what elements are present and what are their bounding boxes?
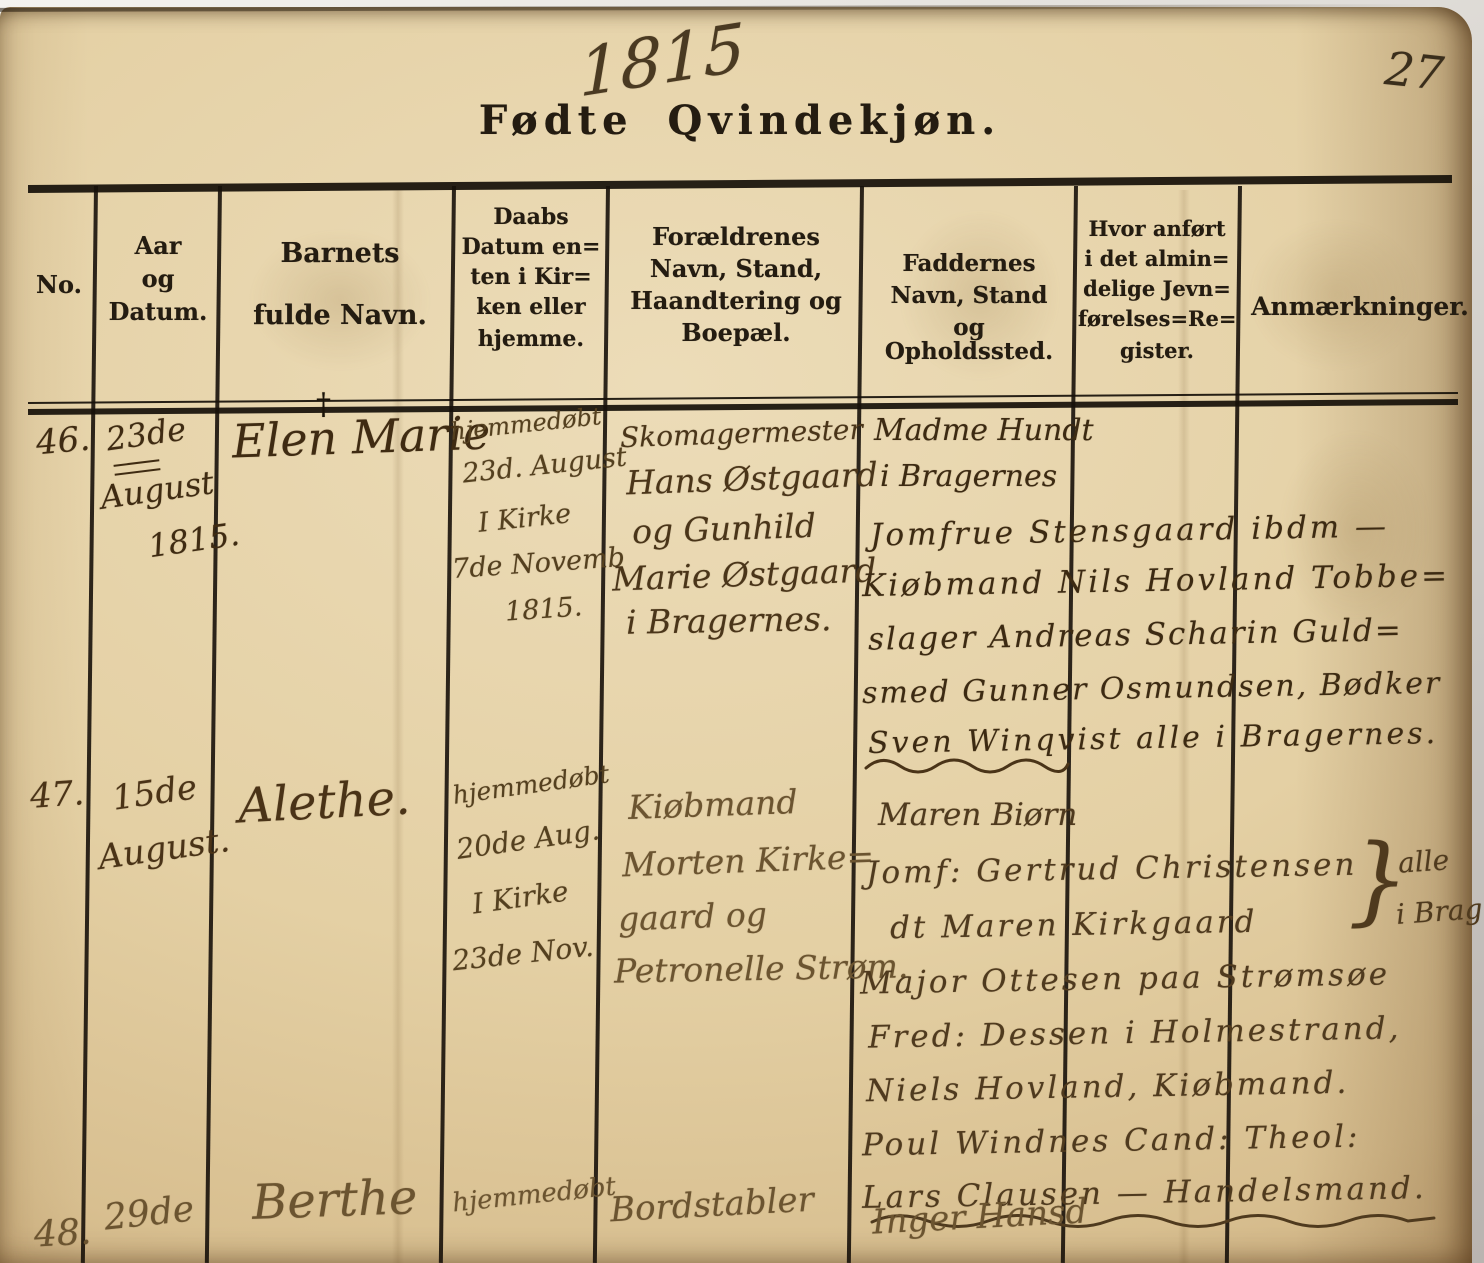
godparents-line: i Bragernes [880, 462, 1057, 492]
margin-note-line: alle [1397, 846, 1450, 878]
record-number: 46. [35, 422, 92, 461]
header-baptism-line: ten i Kir= [456, 266, 606, 289]
parents-line: Marie Østgaard [612, 553, 877, 595]
baptism-line: 1815. [504, 593, 583, 625]
header-baptism-line: Datum en= [456, 236, 606, 259]
record-number: 47. [29, 776, 85, 814]
godparents-line: Major Ottesen paa Strømsøe [860, 959, 1391, 999]
header-parents-line: Boepæl. [614, 320, 858, 345]
header-godparents-line: Faddernes [866, 252, 1072, 276]
record-number: 48. [33, 1215, 92, 1254]
godparents-line: Niels Hovland, Kiøbmand. [866, 1068, 1350, 1107]
header-name-line: Barnets [228, 240, 452, 268]
godparents-line: Inger Hansd [871, 1194, 1088, 1239]
header-date-line: Datum. [98, 299, 218, 324]
child-name: Berthe [251, 1173, 418, 1227]
section-title: Fødte Qvindekjøn. [430, 100, 1050, 142]
header-godparents-line: Navn, Stand [866, 284, 1072, 308]
parents-line: Skomagermester [620, 416, 864, 452]
header-register-line: gister. [1078, 340, 1236, 362]
record-date-line: 23de [104, 413, 188, 456]
parents-line: Bordstabler [609, 1183, 814, 1228]
godparents-line: Jomf: Gertrud Christensen [866, 850, 1358, 890]
godparents-line: Madme Hundt [874, 416, 1094, 446]
header-parents-line: Forældrenes [614, 224, 858, 249]
header-register-line: Hvor anført [1078, 218, 1236, 240]
header-name-line: fulde Navn. [228, 302, 452, 330]
godparents-line: Jomfrue Stensgaard ibdm — [870, 511, 1390, 551]
header-godparents-line: og Opholdssted. [866, 316, 1072, 364]
parents-line: Kiøbmand [627, 785, 798, 824]
godparents-line: dt Maren Kirkgaard [890, 907, 1258, 944]
header-baptism-line: Daabs [456, 206, 606, 229]
child-name: Alethe. [237, 774, 412, 831]
header-parents-line: Navn, Stand, [614, 256, 858, 281]
header-baptism-line: ken eller [456, 296, 606, 319]
church-register-scan: 1815 Fødte Qvindekjøn. 27 No. Aar og Dat… [0, 0, 1484, 1263]
parents-line: Hans Østgaard [626, 458, 879, 500]
header-date-line: og [98, 266, 218, 291]
page-number: 27 [1383, 45, 1446, 97]
margin-note-line: i Brag [1395, 895, 1483, 929]
godparents-line: Maren Biørn [878, 800, 1077, 831]
godparents-line: Fred: Dessen i Holmestrand, [868, 1013, 1402, 1053]
godparents-line: slager Andreas Scharin Guld= [868, 615, 1403, 655]
header-register-line: delige Jevn= [1078, 278, 1236, 300]
parents-line: gaard og [617, 897, 767, 935]
record-date-line: 29de [102, 1191, 195, 1236]
parents-line: og Gunhild [631, 509, 816, 548]
entry-flourish [862, 752, 1072, 782]
header-no: No. [24, 272, 94, 297]
header-remarks: Anmærkninger. [1244, 294, 1476, 320]
header-register-line: førelses=Re= [1078, 308, 1236, 330]
parents-line: Morten Kirke= [622, 840, 875, 882]
header-baptism-line: hjemme. [456, 328, 606, 351]
parents-line: i Bragernes. [626, 602, 832, 639]
header-parents-line: Haandtering og [614, 288, 858, 313]
godparents-line: Poul Windnes Cand: Theol: [862, 1122, 1361, 1162]
header-date-line: Aar [98, 233, 218, 258]
header-register-line: i det almin= [1078, 248, 1236, 270]
